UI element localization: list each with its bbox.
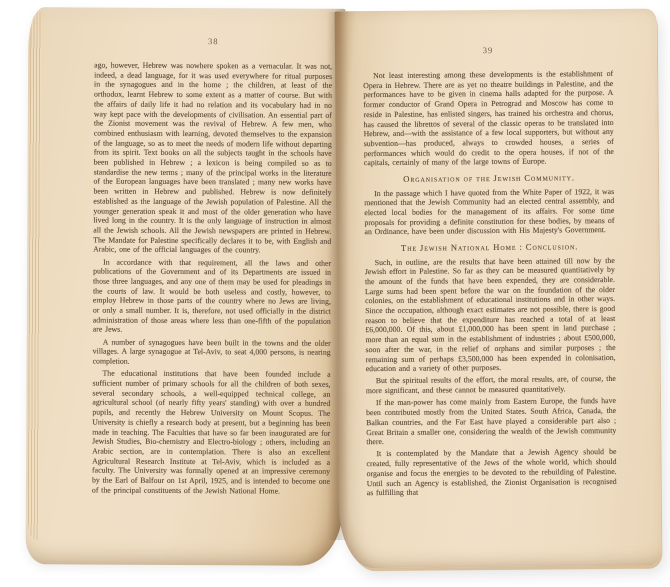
- paragraph: Not least interesting among these develo…: [363, 69, 614, 168]
- paragraph: If the man-power has come mainly from Ea…: [366, 396, 616, 447]
- page-number-38: 38: [94, 37, 332, 47]
- paragraph: But the spiritual results of the effort,…: [366, 374, 616, 396]
- open-book-photo: 38 ago, however, Hebrew was nowhere spok…: [0, 0, 670, 587]
- paragraph: A number of synagogues have been built i…: [93, 337, 331, 367]
- paragraph: In accordance with that requirement, all…: [93, 257, 331, 336]
- paragraph: It is contemplated by the Mandate that a…: [366, 447, 616, 498]
- paragraph: In the passage which I have quoted from …: [364, 187, 614, 238]
- page-39-content: 39 Not least interesting among these dev…: [363, 45, 617, 501]
- book-page-39: 39 Not least interesting among these dev…: [335, 9, 662, 569]
- book-page-38: 38 ago, however, Hebrew was nowhere spok…: [26, 7, 346, 566]
- section-heading: Organisation of the Jewish Community.: [364, 172, 614, 184]
- paragraph: Such, in outline, are the results that h…: [365, 256, 616, 375]
- paragraph: ago, however, Hebrew was nowhere spoken …: [93, 61, 332, 256]
- section-heading: The Jewish National Home : Conclusion.: [365, 241, 615, 253]
- paragraph: The educational institutions that have b…: [92, 369, 331, 496]
- page-fore-edge: [28, 12, 42, 540]
- page-number-39: 39: [363, 45, 613, 56]
- page-38-content: 38 ago, however, Hebrew was nowhere spok…: [92, 37, 332, 499]
